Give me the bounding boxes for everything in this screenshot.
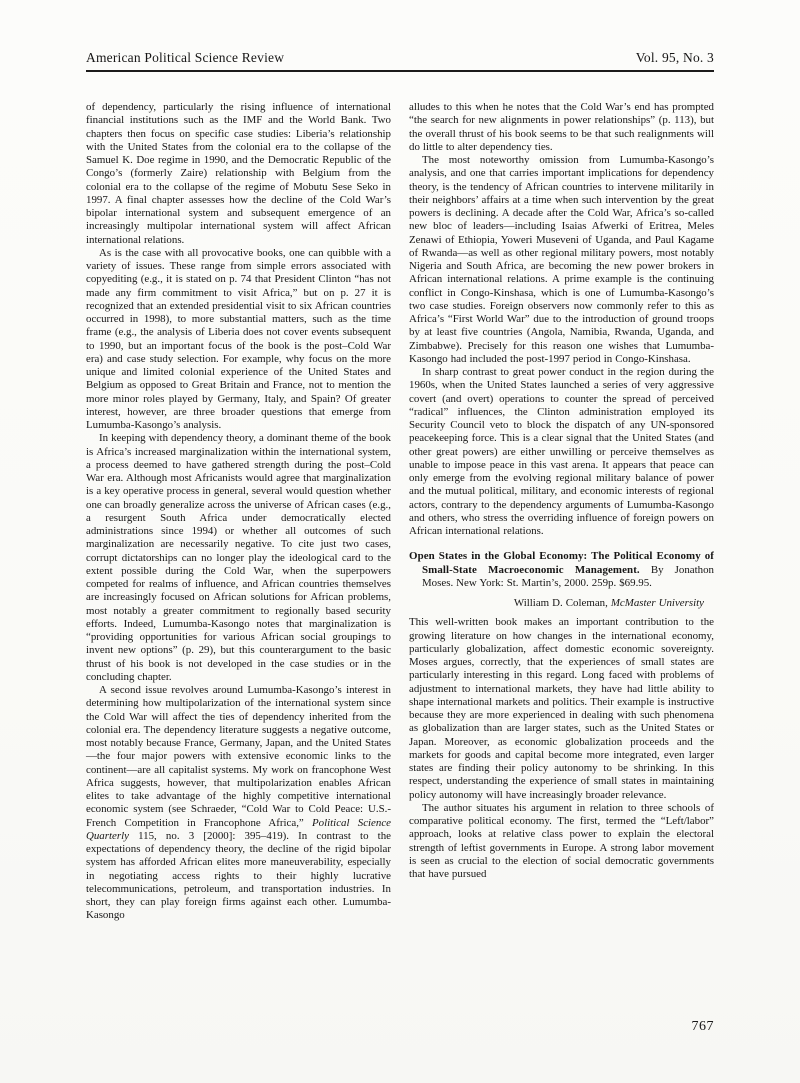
paragraph-continuation: of dependency, particularly the rising i…: [86, 101, 391, 247]
two-column-body: of dependency, particularly the rising i…: [86, 101, 714, 923]
header-rule: [86, 70, 714, 72]
journal-page: American Political Science Review Vol. 9…: [0, 0, 800, 1083]
reviewer-name: William D. Coleman,: [514, 597, 611, 609]
paragraph-continuation: alludes to this when he notes that the C…: [409, 101, 714, 154]
paragraph-text: 115, no. 3 [2000]: 395–419). In contrast…: [86, 830, 391, 922]
paragraph: As is the case with all provocative book…: [86, 247, 391, 433]
issue-label: Vol. 95, No. 3: [636, 50, 714, 66]
page-number: 767: [86, 1019, 714, 1035]
paragraph: The author situates his argument in rela…: [409, 802, 714, 882]
right-column: alludes to this when he notes that the C…: [409, 101, 714, 923]
journal-title: American Political Science Review: [86, 50, 284, 66]
paragraph: A second issue revolves around Lumumba-K…: [86, 684, 391, 923]
paragraph: In sharp contrast to great power conduct…: [409, 366, 714, 538]
paragraph: The most noteworthy omission from Lumumb…: [409, 154, 714, 366]
reviewer-affiliation: McMaster University: [611, 597, 704, 609]
paragraph: This well-written book makes an importan…: [409, 616, 714, 802]
book-review-heading: Open States in the Global Economy: The P…: [409, 550, 714, 590]
reviewer-line: William D. Coleman, McMaster University: [409, 597, 714, 610]
paragraph-text: A second issue revolves around Lumumba-K…: [86, 684, 391, 829]
paragraph: In keeping with dependency theory, a dom…: [86, 432, 391, 684]
left-column: of dependency, particularly the rising i…: [86, 101, 391, 923]
page-header: American Political Science Review Vol. 9…: [86, 50, 714, 66]
